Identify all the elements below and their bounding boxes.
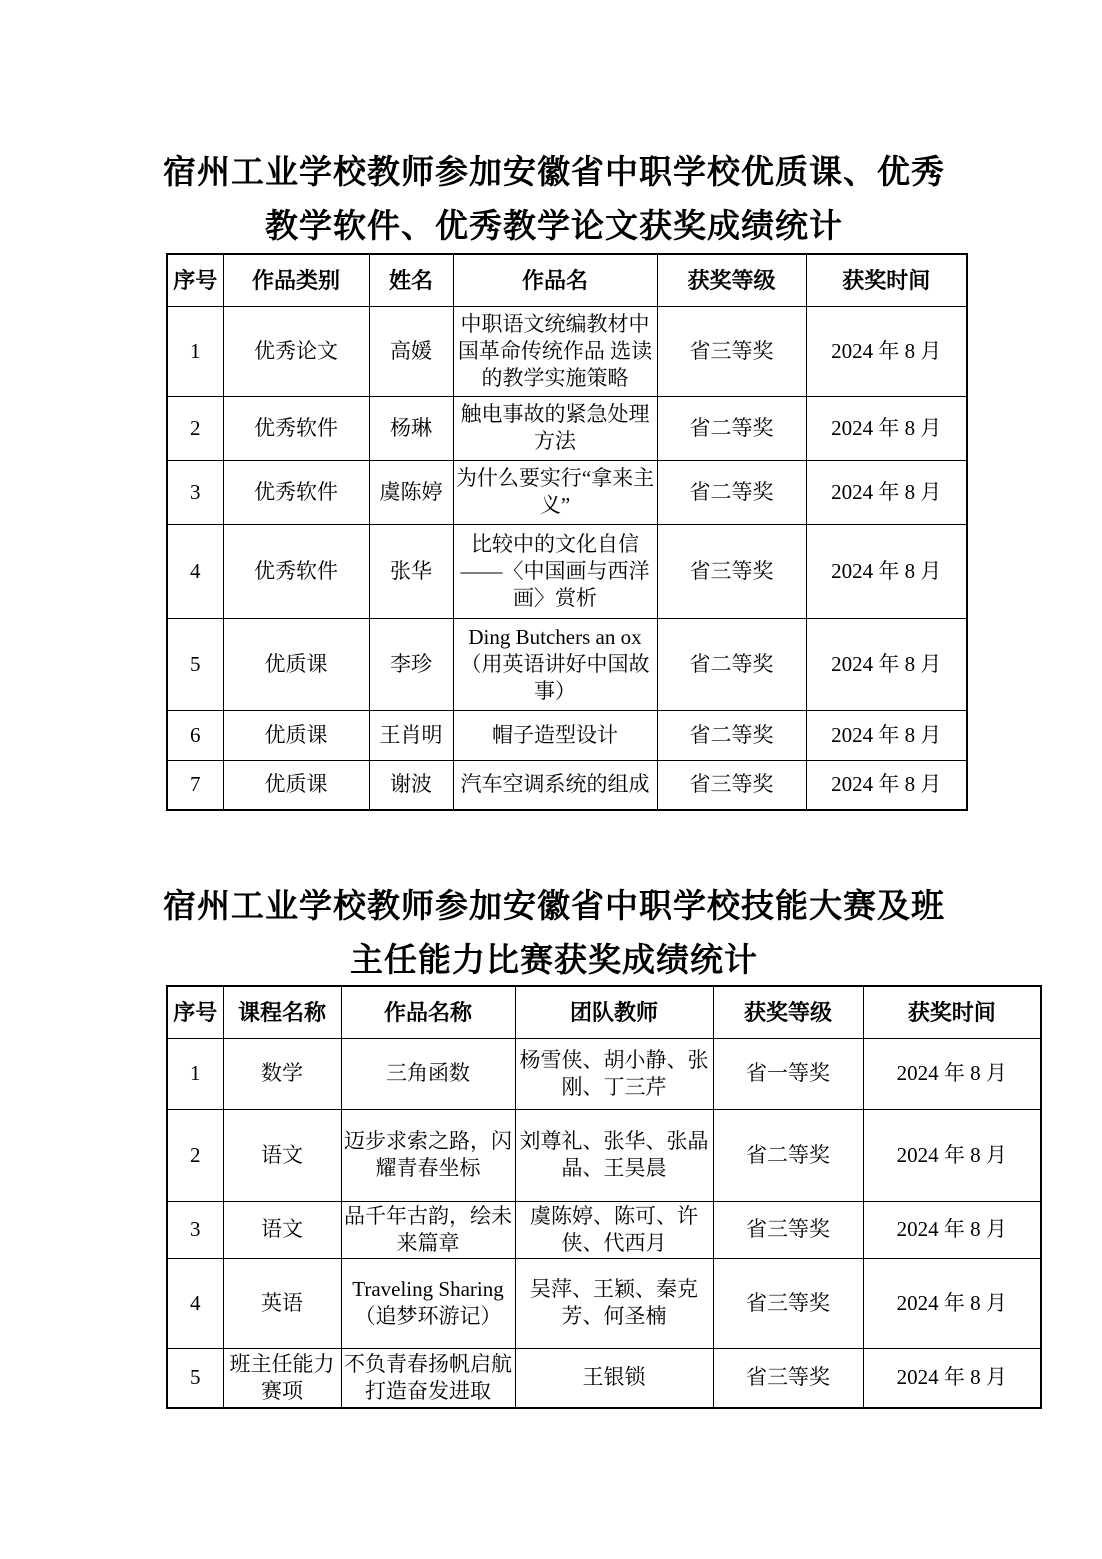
table-cell: 张华 xyxy=(369,524,453,618)
table-cell: 品千年古韵，绘未来篇章 xyxy=(341,1201,515,1258)
table-cell: 虞陈婷、陈可、许侠、代西月 xyxy=(515,1201,713,1258)
section2-title: 宿州工业学校教师参加安徽省中职学校技能大赛及班 主任能力比赛获奖成绩统计 xyxy=(117,879,991,987)
table-cell: 帽子造型设计 xyxy=(453,710,657,760)
awards-table-teaching: 序号作品类别姓名作品名获奖等级获奖时间 1优秀论文高媛中职语文统编教材中国革命传… xyxy=(166,253,968,811)
table-row: 6优质课王肖明帽子造型设计省二等奖2024 年 8 月 xyxy=(167,710,967,760)
table-cell: 王银锁 xyxy=(515,1348,713,1408)
table-cell: 2024 年 8 月 xyxy=(863,1201,1041,1258)
section2-title-line2: 主任能力比赛获奖成绩统计 xyxy=(117,933,991,987)
table-cell: 省二等奖 xyxy=(657,460,806,524)
table-cell: 汽车空调系统的组成 xyxy=(453,760,657,810)
table-cell: 7 xyxy=(167,760,223,810)
table-cell: 2024 年 8 月 xyxy=(806,396,967,460)
document-page: { "page": { "background": "#ffffff", "te… xyxy=(0,0,1102,1559)
table-cell: 省二等奖 xyxy=(713,1109,863,1201)
table-cell: 杨琳 xyxy=(369,396,453,460)
table-cell: Ding Butchers an ox（用英语讲好中国故事） xyxy=(453,618,657,710)
table-cell: 2024 年 8 月 xyxy=(863,1348,1041,1408)
table-cell: 省三等奖 xyxy=(657,306,806,396)
table-cell: 6 xyxy=(167,710,223,760)
table-header-row: 序号作品类别姓名作品名获奖等级获奖时间 xyxy=(167,254,967,306)
column-header: 作品类别 xyxy=(223,254,369,306)
column-header: 团队教师 xyxy=(515,986,713,1038)
table-cell: 省一等奖 xyxy=(713,1038,863,1109)
table-cell: 2 xyxy=(167,1109,223,1201)
table-cell: 2024 年 8 月 xyxy=(806,710,967,760)
table-cell: 触电事故的紧急处理方法 xyxy=(453,396,657,460)
table-cell: 2024 年 8 月 xyxy=(863,1258,1041,1348)
column-header: 获奖等级 xyxy=(713,986,863,1038)
table-cell: 2024 年 8 月 xyxy=(863,1109,1041,1201)
table-cell: 杨雪侠、胡小静、张刚、丁三芹 xyxy=(515,1038,713,1109)
table-row: 5班主任能力赛项不负青春扬帆启航 打造奋发进取王银锁省三等奖2024 年 8 月 xyxy=(167,1348,1041,1408)
table-cell: 省二等奖 xyxy=(657,710,806,760)
table-cell: 省二等奖 xyxy=(657,618,806,710)
table-cell: 优质课 xyxy=(223,760,369,810)
table-cell: 3 xyxy=(167,460,223,524)
table-cell: 虞陈婷 xyxy=(369,460,453,524)
table-cell: 优质课 xyxy=(223,710,369,760)
table-row: 2语文迈步求索之路，闪耀青春坐标刘尊礼、张华、张晶晶、王昊晨省二等奖2024 年… xyxy=(167,1109,1041,1201)
table-cell: 2024 年 8 月 xyxy=(863,1038,1041,1109)
table-row: 1数学三角函数杨雪侠、胡小静、张刚、丁三芹省一等奖2024 年 8 月 xyxy=(167,1038,1041,1109)
table-cell: 李珍 xyxy=(369,618,453,710)
table-row: 2优秀软件杨琳触电事故的紧急处理方法省二等奖2024 年 8 月 xyxy=(167,396,967,460)
table-cell: 数学 xyxy=(223,1038,341,1109)
table-cell: 1 xyxy=(167,306,223,396)
table-row: 4英语Traveling Sharing（追梦环游记）吴萍、王颖、秦克芳、何圣楠… xyxy=(167,1258,1041,1348)
table-cell: 3 xyxy=(167,1201,223,1258)
column-header: 获奖时间 xyxy=(863,986,1041,1038)
table-row: 7优质课谢波汽车空调系统的组成省三等奖2024 年 8 月 xyxy=(167,760,967,810)
column-header: 序号 xyxy=(167,254,223,306)
table-cell: 5 xyxy=(167,618,223,710)
column-header: 获奖时间 xyxy=(806,254,967,306)
table-cell: 省三等奖 xyxy=(713,1201,863,1258)
table-cell: 高媛 xyxy=(369,306,453,396)
table-cell: 2024 年 8 月 xyxy=(806,306,967,396)
table-cell: 比较中的文化自信——〈中国画与西洋画〉赏析 xyxy=(453,524,657,618)
column-header: 获奖等级 xyxy=(657,254,806,306)
column-header: 作品名称 xyxy=(341,986,515,1038)
table-cell: 优秀软件 xyxy=(223,460,369,524)
section2-title-line1: 宿州工业学校教师参加安徽省中职学校技能大赛及班 xyxy=(117,879,991,933)
section1-title-line1: 宿州工业学校教师参加安徽省中职学校优质课、优秀 xyxy=(154,145,954,199)
table-row: 1优秀论文高媛中职语文统编教材中国革命传统作品 选读的教学实施策略省三等奖202… xyxy=(167,306,967,396)
table-cell: 优秀软件 xyxy=(223,396,369,460)
column-header: 课程名称 xyxy=(223,986,341,1038)
table-row: 4优秀软件张华比较中的文化自信——〈中国画与西洋画〉赏析省三等奖2024 年 8… xyxy=(167,524,967,618)
table-cell: 语文 xyxy=(223,1201,341,1258)
table-cell: 2024 年 8 月 xyxy=(806,460,967,524)
table-row: 5优质课李珍Ding Butchers an ox（用英语讲好中国故事）省二等奖… xyxy=(167,618,967,710)
table-cell: 优秀论文 xyxy=(223,306,369,396)
table-cell: 为什么要实行“拿来主义” xyxy=(453,460,657,524)
table-cell: 2024 年 8 月 xyxy=(806,618,967,710)
table-header-row: 序号课程名称作品名称团队教师获奖等级获奖时间 xyxy=(167,986,1041,1038)
table-cell: 谢波 xyxy=(369,760,453,810)
section1-title-line2: 教学软件、优秀教学论文获奖成绩统计 xyxy=(154,199,954,253)
table-cell: 2024 年 8 月 xyxy=(806,524,967,618)
column-header: 作品名 xyxy=(453,254,657,306)
table-cell: 迈步求索之路，闪耀青春坐标 xyxy=(341,1109,515,1201)
table-cell: 班主任能力赛项 xyxy=(223,1348,341,1408)
table-row: 3优秀软件虞陈婷为什么要实行“拿来主义”省二等奖2024 年 8 月 xyxy=(167,460,967,524)
table-cell: 吴萍、王颖、秦克芳、何圣楠 xyxy=(515,1258,713,1348)
table-cell: 2024 年 8 月 xyxy=(806,760,967,810)
table-cell: 4 xyxy=(167,1258,223,1348)
column-header: 姓名 xyxy=(369,254,453,306)
table-cell: 语文 xyxy=(223,1109,341,1201)
table-cell: 刘尊礼、张华、张晶晶、王昊晨 xyxy=(515,1109,713,1201)
table-cell: 英语 xyxy=(223,1258,341,1348)
table-row: 3语文品千年古韵，绘未来篇章虞陈婷、陈可、许侠、代西月省三等奖2024 年 8 … xyxy=(167,1201,1041,1258)
awards-table-competition: 序号课程名称作品名称团队教师获奖等级获奖时间 1数学三角函数杨雪侠、胡小静、张刚… xyxy=(166,985,1042,1409)
table-cell: 5 xyxy=(167,1348,223,1408)
table-cell: 2 xyxy=(167,396,223,460)
table-cell: 优质课 xyxy=(223,618,369,710)
table-cell: 省三等奖 xyxy=(657,760,806,810)
table-cell: 优秀软件 xyxy=(223,524,369,618)
section1-title: 宿州工业学校教师参加安徽省中职学校优质课、优秀 教学软件、优秀教学论文获奖成绩统… xyxy=(154,145,954,253)
table-cell: 三角函数 xyxy=(341,1038,515,1109)
table-cell: 不负青春扬帆启航 打造奋发进取 xyxy=(341,1348,515,1408)
table-cell: 省三等奖 xyxy=(657,524,806,618)
table-cell: 省三等奖 xyxy=(713,1258,863,1348)
table-cell: 中职语文统编教材中国革命传统作品 选读的教学实施策略 xyxy=(453,306,657,396)
table-cell: Traveling Sharing（追梦环游记） xyxy=(341,1258,515,1348)
table-cell: 省三等奖 xyxy=(713,1348,863,1408)
table-cell: 省二等奖 xyxy=(657,396,806,460)
column-header: 序号 xyxy=(167,986,223,1038)
table-cell: 王肖明 xyxy=(369,710,453,760)
table-cell: 1 xyxy=(167,1038,223,1109)
table-cell: 4 xyxy=(167,524,223,618)
